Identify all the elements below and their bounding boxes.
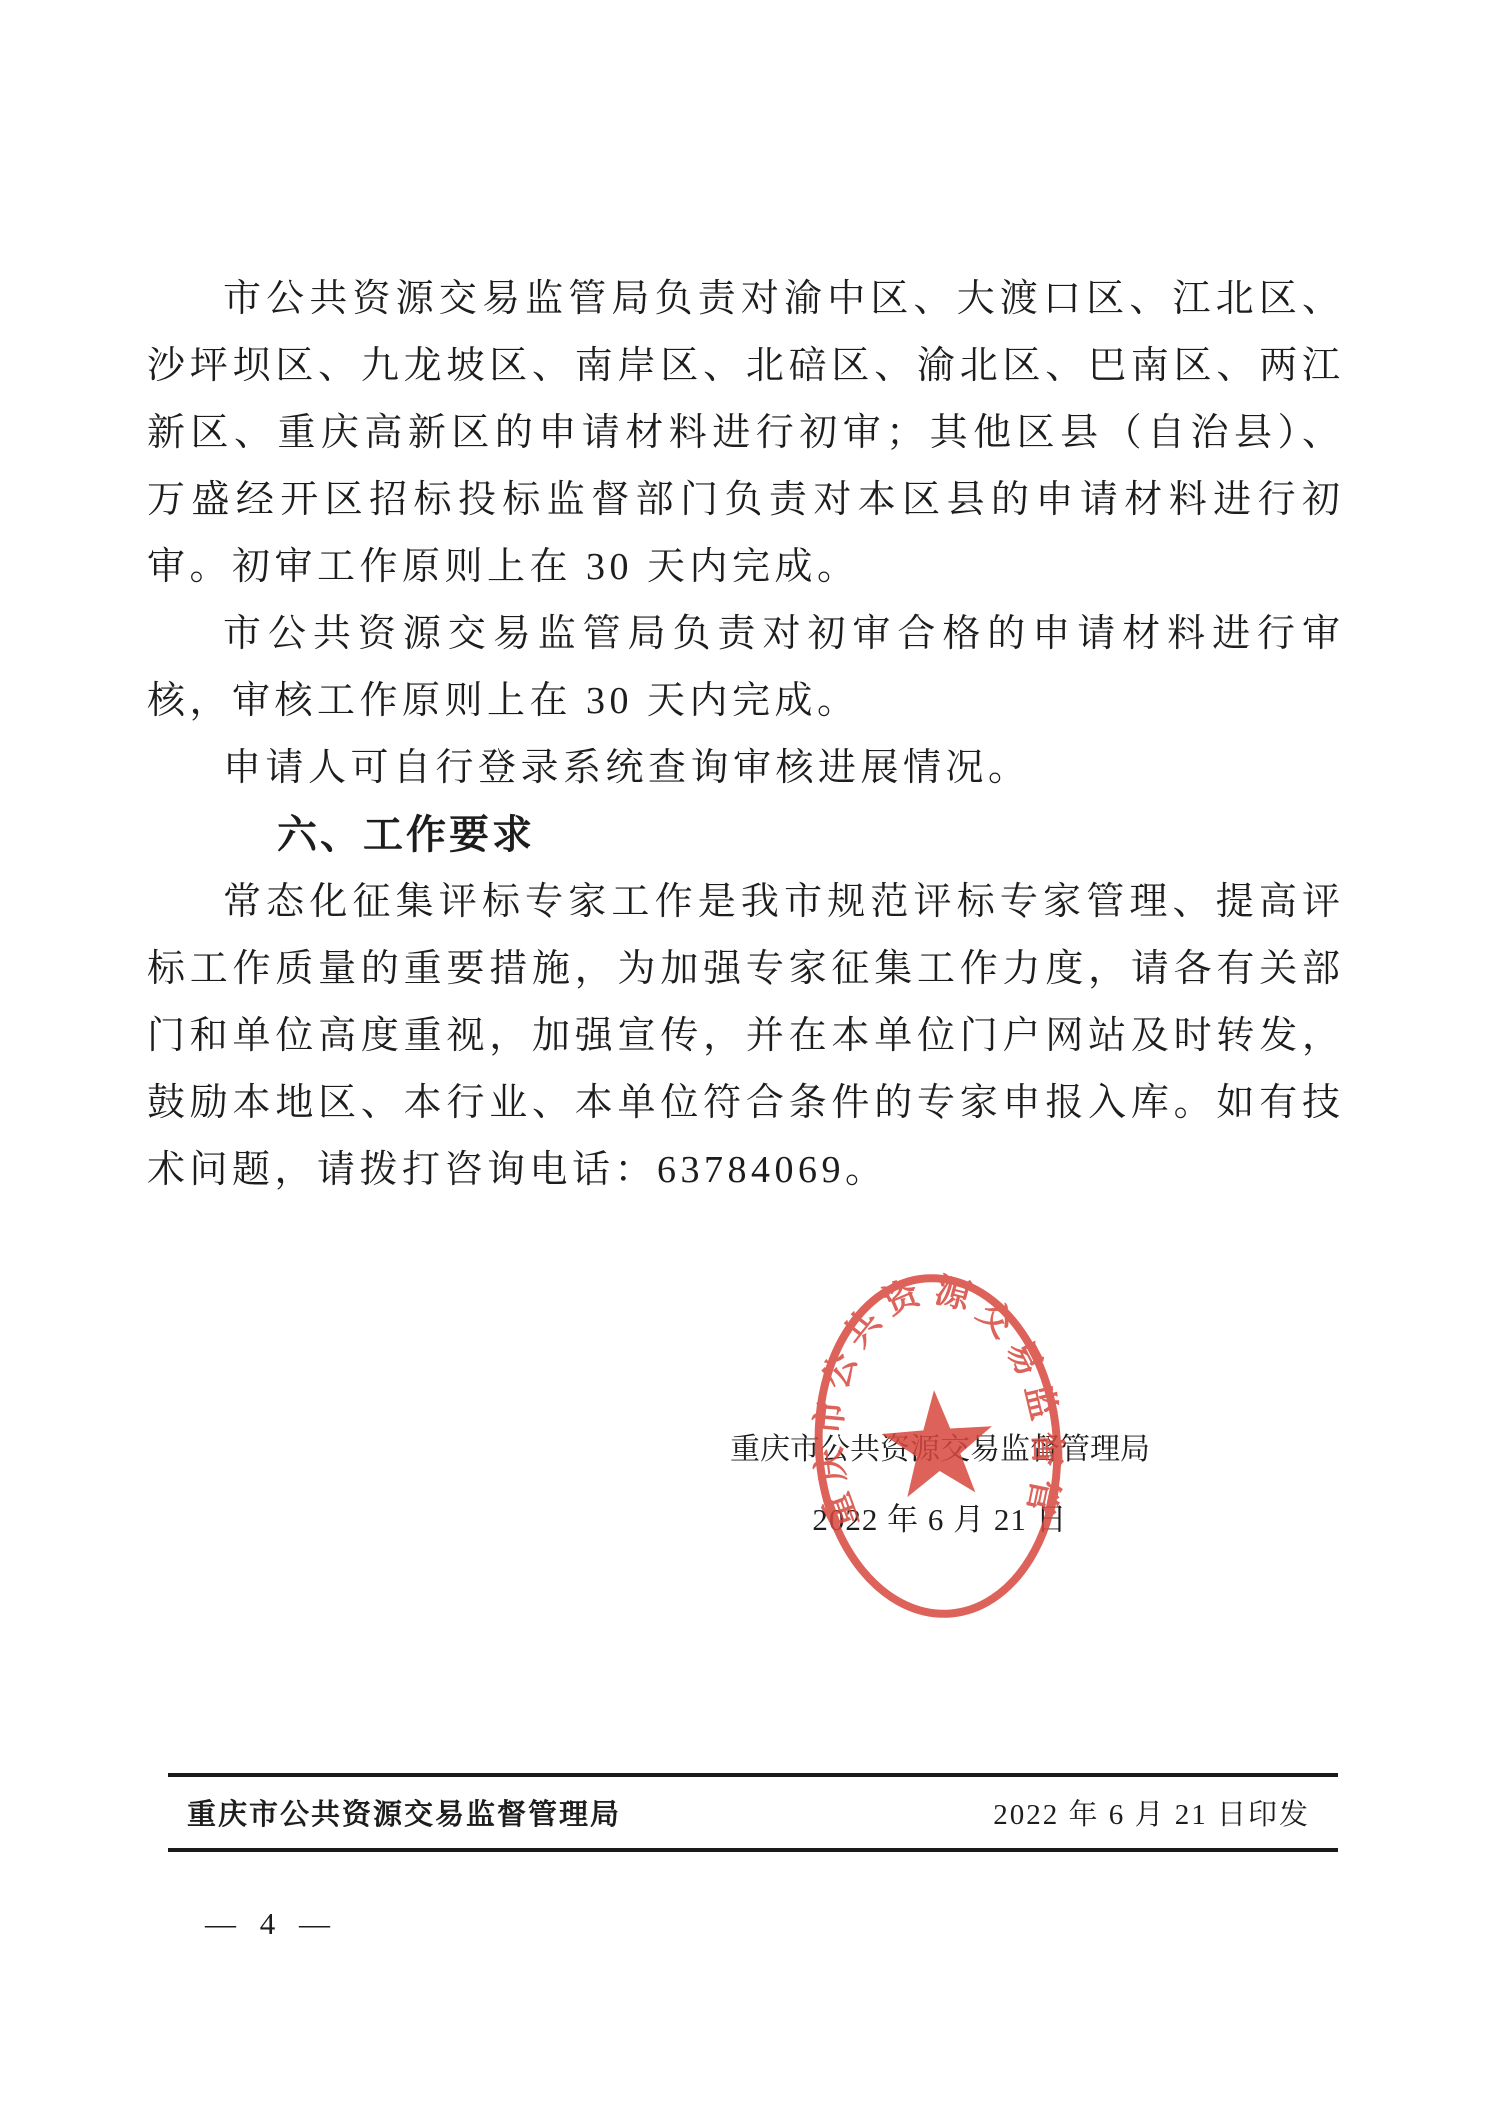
document-page: 市公共资源交易监管局负责对渝中区、大渡口区、江北区、 沙坪坝区、九龙坡区、南岸区… — [0, 0, 1487, 2102]
footer-divider-top — [168, 1773, 1338, 1777]
body-line: 审。初审工作原则上在 30 天内完成。 — [147, 534, 1340, 601]
page-number: — 4 — — [205, 1902, 338, 1946]
body-line: 万盛经开区招标投标监督部门负责对本区县的申请材料进行初 — [147, 467, 1340, 534]
body-line: 新区、重庆高新区的申请材料进行初审；其他区县（自治县）、 — [147, 400, 1340, 467]
footer-issuer: 重庆市公共资源交易监督管理局 — [187, 1794, 621, 1836]
section-heading: 六、工作要求 — [147, 802, 1340, 869]
body-line: 常态化征集评标专家工作是我市规范评标专家管理、提高评 — [147, 869, 1340, 936]
footer-print-date: 2022 年 6 月 21 日印发 — [993, 1794, 1310, 1836]
body-line: 市公共资源交易监管局负责对渝中区、大渡口区、江北区、 — [147, 266, 1340, 333]
seal-ring-text: 重庆市公共资源交易监督管理局 — [791, 1259, 1072, 1536]
body-line: 核，审核工作原则上在 30 天内完成。 — [147, 668, 1340, 735]
signature-date: 2022 年 6 月 21 日 — [730, 1498, 1150, 1542]
seal-ring-text-holder: 重庆市公共资源交易监督管理局 — [791, 1259, 1072, 1536]
body-line: 门和单位高度重视，加强宣传，并在本单位门户网站及时转发， — [147, 1003, 1340, 1070]
footer-divider-bottom — [168, 1848, 1338, 1852]
body-line: 沙坪坝区、九龙坡区、南岸区、北碚区、渝北区、巴南区、两江 — [147, 333, 1340, 400]
body-line: 申请人可自行登录系统查询审核进展情况。 — [147, 735, 1340, 802]
body-line: 标工作质量的重要措施，为加强专家征集工作力度，请各有关部 — [147, 936, 1340, 1003]
signature-org: 重庆市公共资源交易监督管理局 — [730, 1428, 1150, 1472]
body-line: 术问题，请拨打咨询电话：63784069。 — [147, 1137, 1340, 1204]
document-body: 市公共资源交易监管局负责对渝中区、大渡口区、江北区、 沙坪坝区、九龙坡区、南岸区… — [147, 266, 1340, 1204]
body-line: 鼓励本地区、本行业、本单位符合条件的专家申报入库。如有技 — [147, 1070, 1340, 1137]
body-line: 市公共资源交易监管局负责对初审合格的申请材料进行审 — [147, 601, 1340, 668]
